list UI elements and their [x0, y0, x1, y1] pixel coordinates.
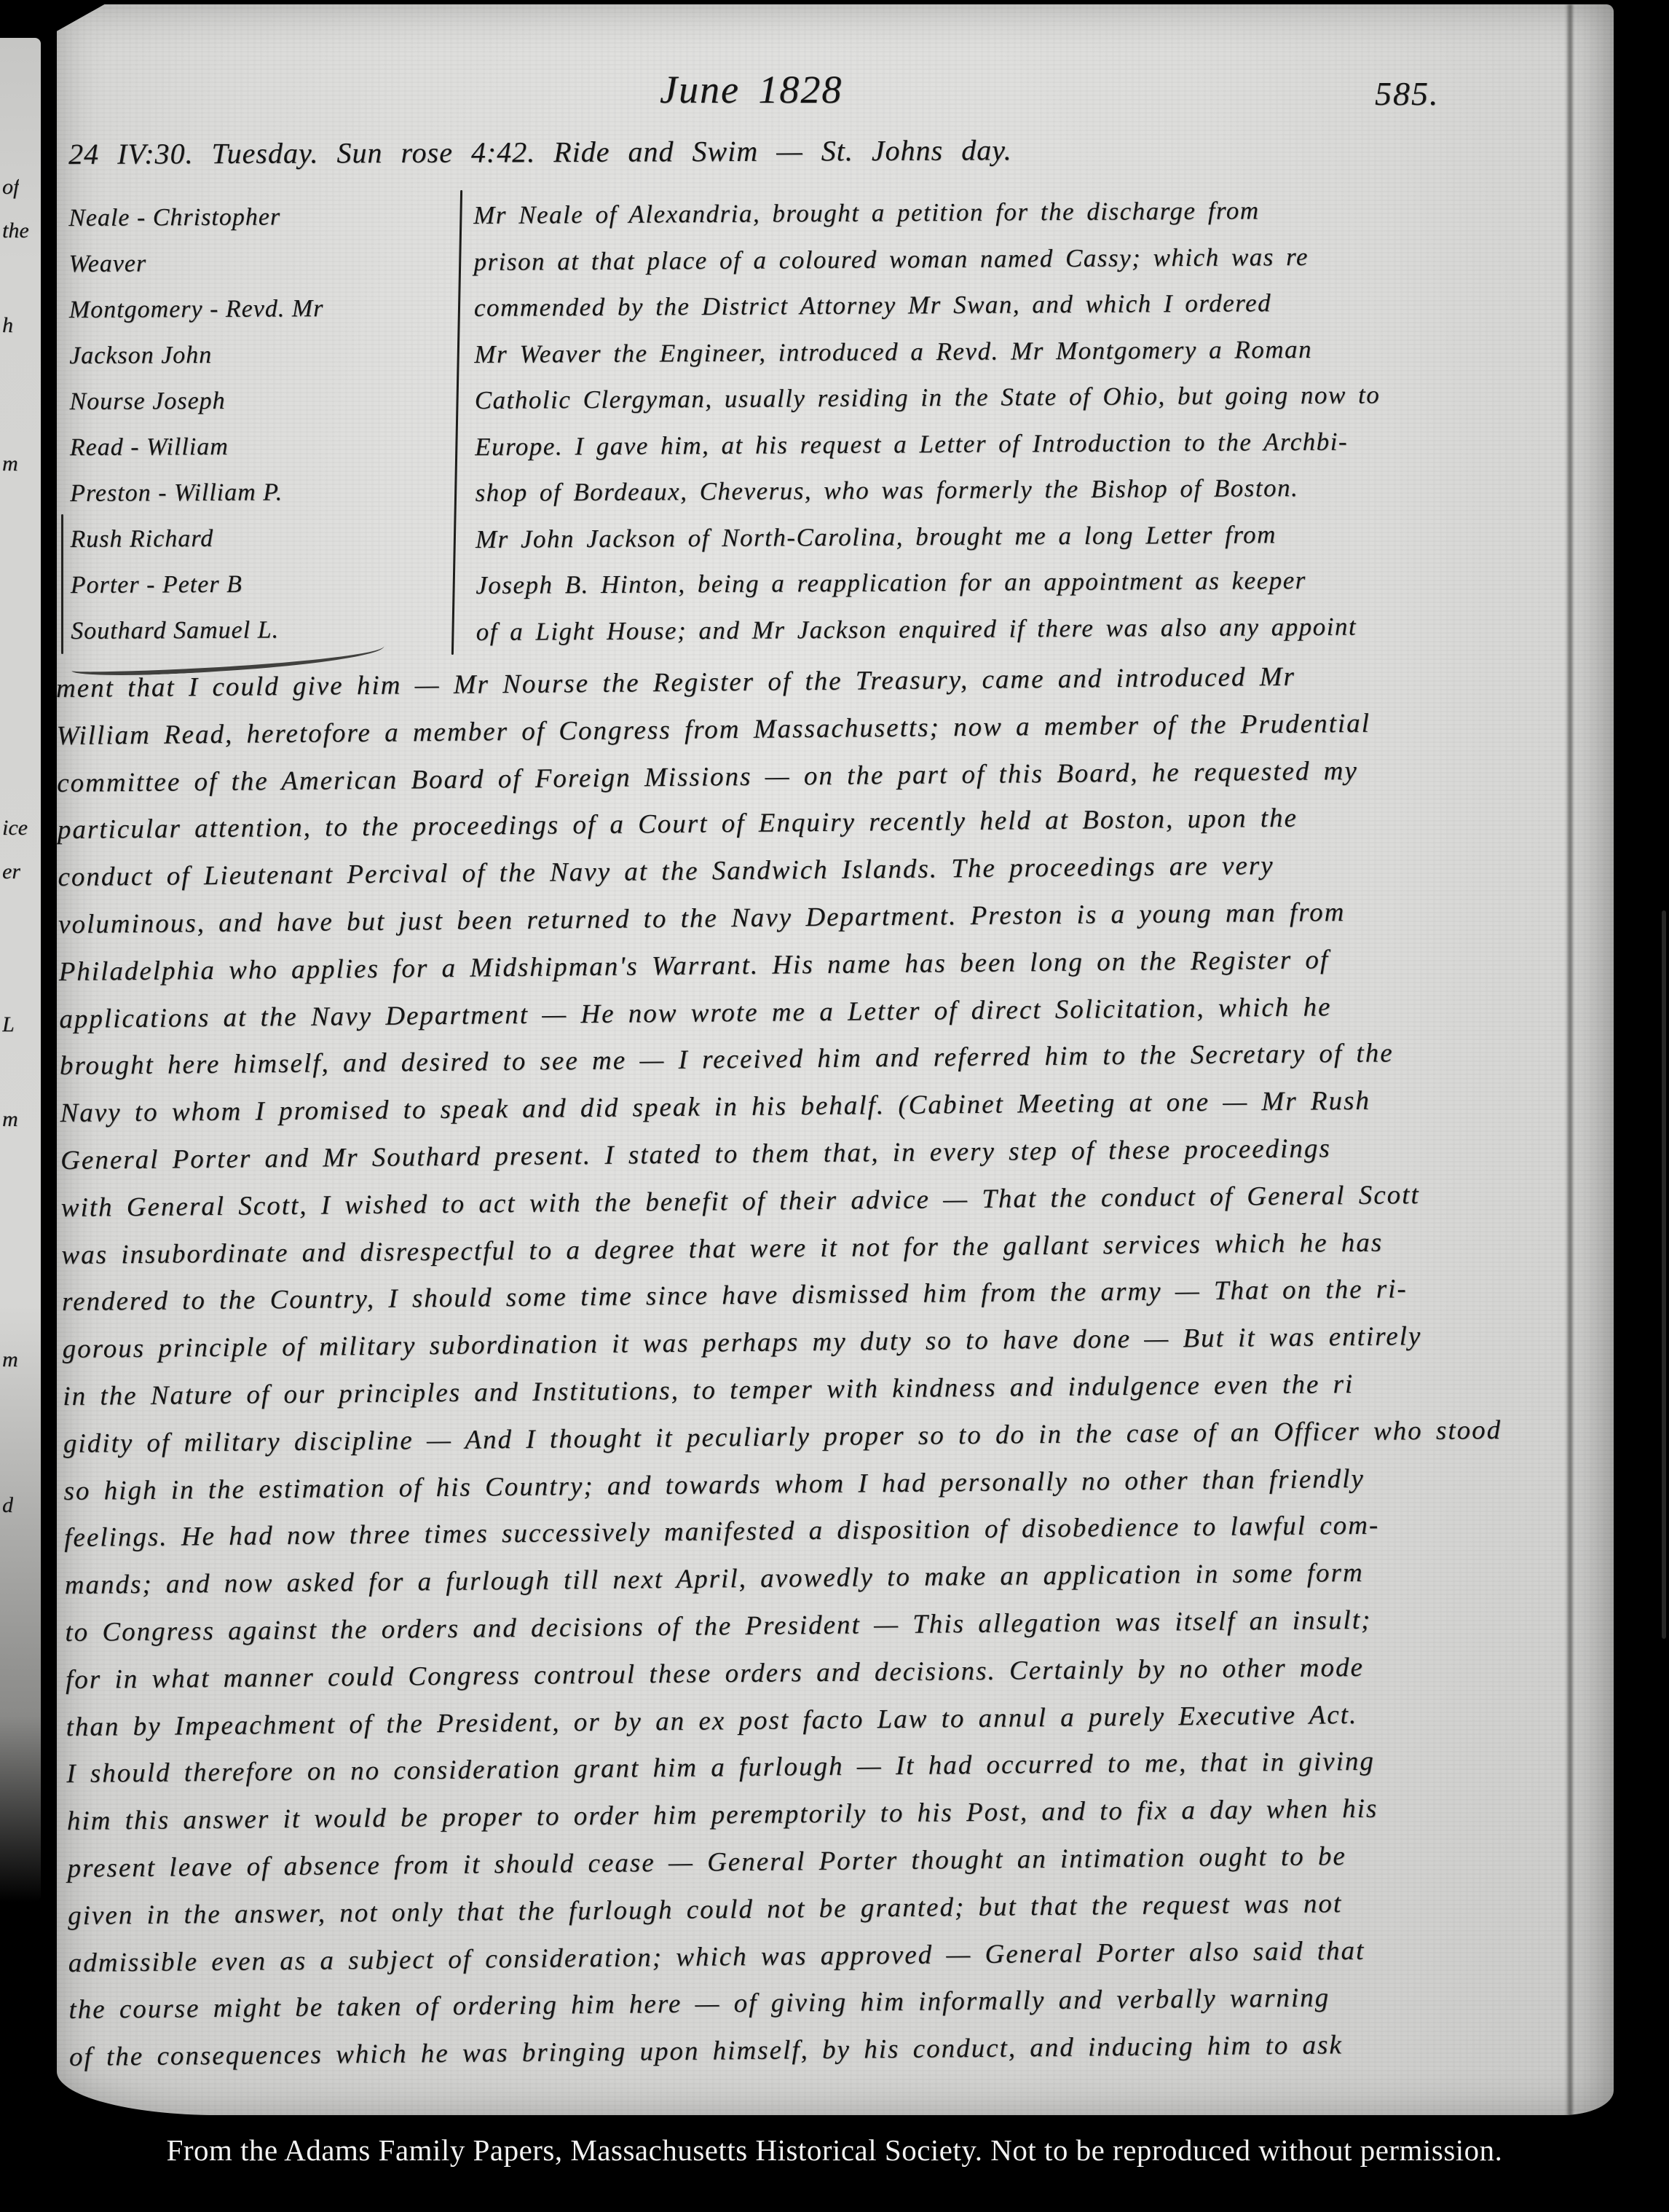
diary-page: June 1828 585. 24 IV:30. Tuesday. Sun ro…: [57, 4, 1614, 2115]
margin-name: Preston - William P.: [70, 468, 463, 516]
attribution-caption: From the Adams Family Papers, Massachuse…: [0, 2133, 1669, 2168]
margin-name: Jackson John: [69, 331, 462, 379]
entry-line: Mr Weaver the Engineer, introduced a Rev…: [474, 324, 1614, 377]
edge-fragment: the: [2, 219, 29, 243]
edge-fragment: of: [2, 175, 19, 200]
entry-text-full-width: ment that I could give him — Mr Nourse t…: [56, 651, 1617, 2082]
edge-fragment: h: [2, 313, 13, 338]
photo-edge-sliver: [1662, 910, 1666, 1639]
edge-fragment: L: [2, 1012, 15, 1037]
margin-bracket-line: [61, 514, 63, 654]
margin-name: Read - William: [70, 422, 463, 471]
entry-line: commended by the District Attorney Mr Sw…: [474, 278, 1614, 331]
margin-name: Nourse Joseph: [69, 377, 462, 425]
entry-line: Europe. I gave him, at his request a Let…: [475, 417, 1615, 470]
margin-name: Weaver: [68, 239, 462, 287]
page-number: 585.: [1375, 74, 1440, 113]
entry-line: Catholic Clergyman, usually residing in …: [475, 370, 1615, 423]
edge-fragment: er: [2, 859, 20, 884]
entry-line: Mr John Jackson of North-Carolina, broug…: [476, 509, 1616, 562]
entry-line: Joseph B. Hinton, being a reapplication …: [476, 555, 1616, 608]
entry-line: Mr Neale of Alexandria, brought a petiti…: [473, 185, 1614, 238]
date-line: 24 IV:30. Tuesday. Sun rose 4:42. Ride a…: [68, 133, 1012, 171]
edge-fragment: m: [2, 452, 18, 476]
margin-name: Montgomery - Revd. Mr: [69, 285, 462, 333]
edge-fragment: m: [2, 1347, 18, 1372]
edge-fragment: ice: [2, 816, 28, 841]
entry-line: prison at that place of a coloured woman…: [473, 232, 1614, 285]
edge-fragment-list: ofthehmiceerLmmd: [0, 38, 41, 1902]
margin-name: Porter - Peter B: [71, 560, 464, 608]
entry-line: shop of Bordeaux, Cheverus, who was form…: [475, 463, 1615, 516]
month-year-heading: June 1828: [660, 67, 843, 112]
margin-name: Neale - Christopher: [68, 193, 462, 241]
margin-name-list: Neale - ChristopherWeaverMontgomery - Re…: [68, 193, 464, 654]
edge-fragment: d: [2, 1493, 13, 1518]
entry-line: of a Light House; and Mr Jackson enquire…: [476, 602, 1616, 655]
adjacent-page-edge: ofthehmiceerLmmd: [0, 38, 41, 1902]
scanned-diary-photograph: ofthehmiceerLmmd June 1828 585. 24 IV:30…: [0, 0, 1669, 2212]
margin-name: Rush Richard: [70, 514, 463, 562]
edge-fragment: m: [2, 1107, 18, 1132]
entry-text-column: Mr Neale of Alexandria, brought a petiti…: [473, 185, 1617, 655]
